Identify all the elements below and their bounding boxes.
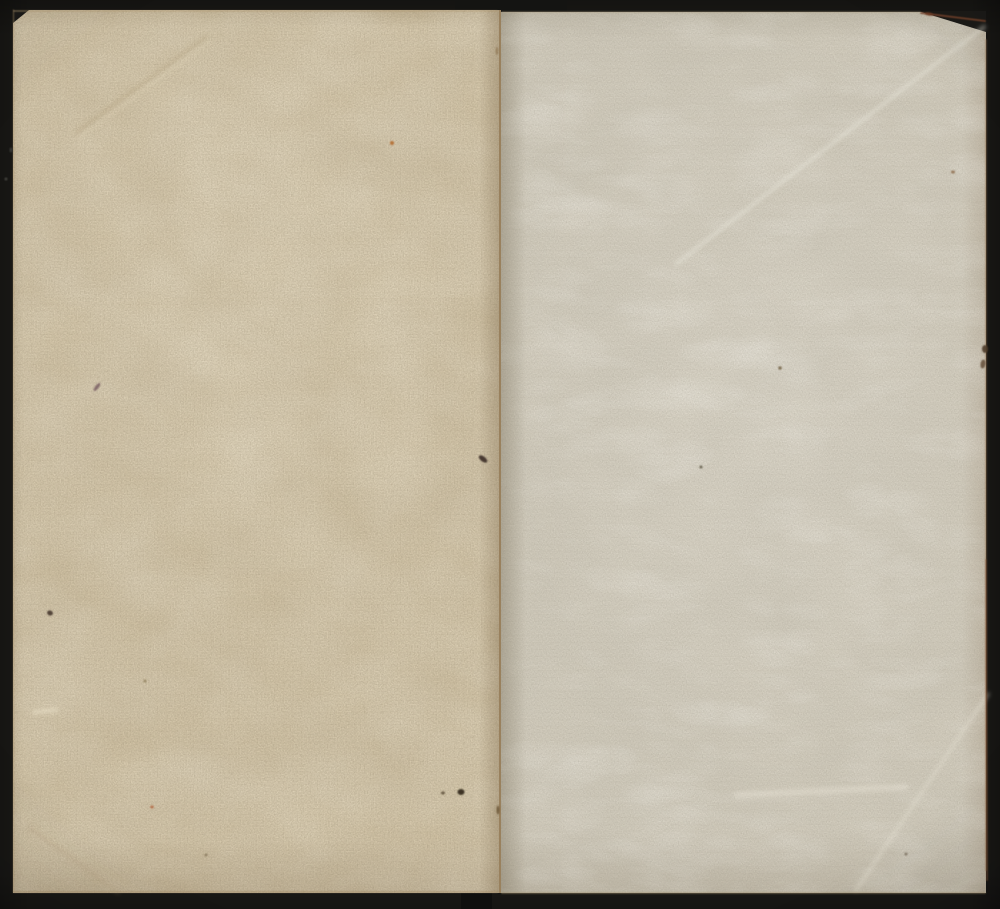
paper-texture-left (13, 10, 499, 893)
right-page (501, 12, 986, 893)
spine-gap-bottom (461, 891, 492, 909)
book-scan: Digitized scan of an open stab-bound boo… (0, 0, 1000, 909)
gutter-shadow-left (479, 10, 499, 893)
left-page (13, 10, 499, 893)
paper-texture-right (501, 12, 986, 893)
gutter-shadow-right (501, 12, 527, 893)
spine-gutter (499, 10, 501, 893)
